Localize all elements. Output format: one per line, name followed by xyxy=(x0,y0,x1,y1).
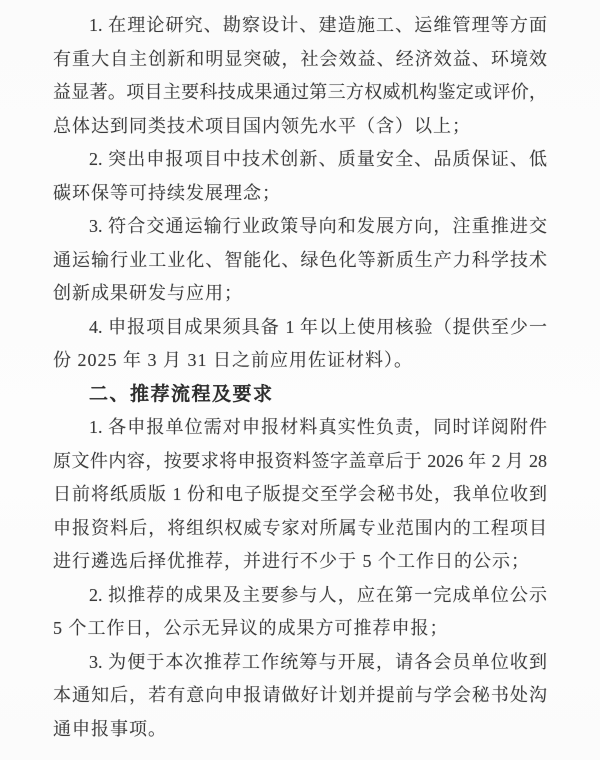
text-line: 益显著。项目主要科技成果通过第三方权威机构鉴定或评价， xyxy=(53,76,547,110)
text-line: 3. 符合交通运输行业政策导向和发展方向，注重推进交 xyxy=(53,210,547,244)
text-line: 2. 突出申报项目中技术创新、质量安全、品质保证、低 xyxy=(53,143,547,177)
text-line: 二、推荐流程及要求 xyxy=(53,378,547,412)
text-line: 日前将纸质版 1 份和电子版提交至学会秘书处，我单位收到 xyxy=(53,478,547,512)
text-line: 2. 拟推荐的成果及主要参与人，应在第一完成单位公示 xyxy=(53,579,547,613)
body-paragraph: 4. 申报项目成果须具备 1 年以上使用核验（提供至少一份 2025 年 3 月… xyxy=(53,311,547,378)
text-line: 通申报事项。 xyxy=(53,713,547,747)
body-paragraph: 3. 为便于本次推荐工作统筹与开展，请各会员单位收到本通知后，若有意向申报请做好… xyxy=(53,646,547,747)
body-paragraph: 2. 突出申报项目中技术创新、质量安全、品质保证、低碳环保等可持续发展理念； xyxy=(53,143,547,210)
body-paragraph: 3. 符合交通运输行业政策导向和发展方向，注重推进交通运输行业工业化、智能化、绿… xyxy=(53,210,547,311)
text-line: 5 个工作日，公示无异议的成果方可推荐申报； xyxy=(53,612,547,646)
text-line: 有重大自主创新和明显突破，社会效益、经济效益、环境效 xyxy=(53,43,547,77)
section-heading: 二、推荐流程及要求 xyxy=(53,378,547,412)
text-line: 总体达到同类技术项目国内领先水平（含）以上； xyxy=(53,110,547,144)
document-page: 1. 在理论研究、勘察设计、建造施工、运维管理等方面有重大自主创新和明显突破，社… xyxy=(0,0,600,760)
text-line: 份 2025 年 3 月 31 日之前应用佐证材料）。 xyxy=(53,344,547,378)
text-line: 1. 在理论研究、勘察设计、建造施工、运维管理等方面 xyxy=(53,9,547,43)
text-line: 碳环保等可持续发展理念； xyxy=(53,177,547,211)
text-line: 申报资料后，将组织权威专家对所属专业范围内的工程项目 xyxy=(53,512,547,546)
text-line: 1. 各申报单位需对申报材料真实性负责，同时详阅附件 xyxy=(53,411,547,445)
text-line: 3. 为便于本次推荐工作统筹与开展，请各会员单位收到 xyxy=(53,646,547,680)
text-line: 4. 申报项目成果须具备 1 年以上使用核验（提供至少一 xyxy=(53,311,547,345)
text-line: 原文件内容，按要求将申报资料签字盖章后于 2026 年 2 月 28 xyxy=(53,445,547,479)
text-line: 通运输行业工业化、智能化、绿色化等新质生产力科学技术 xyxy=(53,244,547,278)
text-line: 进行遴选后择优推荐，并进行不少于 5 个工作日的公示； xyxy=(53,545,547,579)
document-body: 1. 在理论研究、勘察设计、建造施工、运维管理等方面有重大自主创新和明显突破，社… xyxy=(53,9,547,746)
text-line: 创新成果研发与应用； xyxy=(53,277,547,311)
body-paragraph: 2. 拟推荐的成果及主要参与人，应在第一完成单位公示5 个工作日，公示无异议的成… xyxy=(53,579,547,646)
body-paragraph: 1. 在理论研究、勘察设计、建造施工、运维管理等方面有重大自主创新和明显突破，社… xyxy=(53,9,547,143)
body-paragraph: 1. 各申报单位需对申报材料真实性负责，同时详阅附件原文件内容，按要求将申报资料… xyxy=(53,411,547,579)
text-line: 本通知后，若有意向申报请做好计划并提前与学会秘书处沟 xyxy=(53,679,547,713)
